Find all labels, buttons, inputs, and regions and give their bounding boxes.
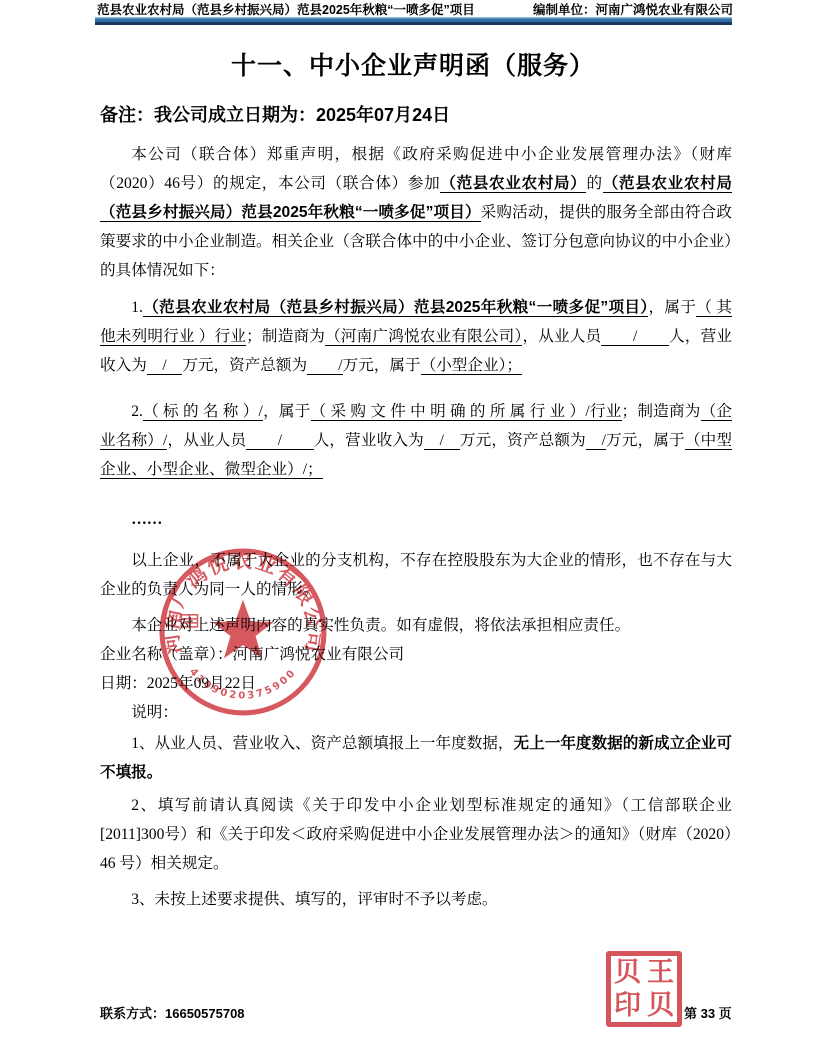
item1-assets-blank: /: [307, 357, 343, 375]
intro-text-2: 的: [586, 175, 602, 192]
responsibility-paragraph: 本企业对上述声明内容的真实性负责。如有虚假，将依法承担相应责任。: [100, 611, 732, 640]
header-compiling-unit: 编制单位：河南广鸿悦农业有限公司: [533, 3, 733, 17]
personal-square-seal: 贝 王 印 贝: [606, 951, 682, 1027]
header-rule: [95, 17, 732, 25]
document-body: 本公司（联合体）郑重声明，根据《政府采购促进中小企业发展管理办法》（财库（202…: [100, 140, 732, 914]
item2-revenue-blank: /: [424, 432, 460, 450]
note-2: 2、填写前请认真阅读《关于印发中小企业划型标准规定的通知》（工信部联企业[201…: [100, 791, 732, 878]
note-3: 3、未按上述要求提供、填写的，评审时不予以考虑。: [100, 885, 732, 914]
header-project-title: 范县农业农村局（范县乡村振兴局）范县2025年秋粮“一喷多促”项目: [97, 3, 475, 17]
item1-target-name: （范县农业农村局（范县乡村振兴局）范县2025年秋粮“一喷多促”项目）: [143, 299, 649, 317]
item1-revenue-blank: /: [147, 357, 183, 375]
no-big-enterprise-paragraph: 以上企业，不属于大企业的分支机构，不存在控股股东为大企业的情形，也不存在与大企业…: [100, 546, 732, 604]
remark-line: 备注：我公司成立日期为：2025年07月24日: [100, 101, 450, 127]
intro-paragraph: 本公司（联合体）郑重声明，根据《政府采购促进中小企业发展管理办法》（财库（202…: [100, 140, 732, 285]
footer-contact: 联系方式：16650575708: [100, 1003, 245, 1022]
notes-heading: 说明：: [100, 698, 732, 727]
page-title: 十一、中小企业声明函（服务）: [95, 46, 731, 82]
item2-number: 2.: [131, 403, 143, 420]
ellipsis-line: ……: [100, 505, 732, 534]
purchaser-name: （范县农业农村局）: [440, 175, 586, 193]
item1-paragraph: 1.（范县农业农村局（范县乡村振兴局）范县2025年秋粮“一喷多促”项目），属于…: [100, 293, 732, 380]
date-line: 日期：2025年09月22日: [100, 669, 732, 698]
item2-assets-blank: /: [586, 432, 606, 450]
seal-char-bottom-right: 贝: [644, 989, 677, 1022]
company-signature-line: 企业名称（盖章）：河南广鸿悦农业有限公司: [100, 640, 732, 669]
item1-enterprise-type: （小型企业）；: [421, 357, 522, 375]
item2-paragraph: 2.（ 标 的 名 称 ）/，属于（ 采 购 文 件 中 明 确 的 所 属 行…: [100, 397, 732, 484]
seal-char-top-right: 王: [644, 956, 677, 989]
item1-employees-blank: /: [601, 328, 669, 346]
item2-employees-blank: /: [246, 432, 313, 450]
item2-target-name: （ 标 的 名 称 ）/: [143, 403, 263, 421]
note-1: 1、从业人员、营业收入、资产总额填报上一年度数据，无上一年度数据的新成立企业可不…: [100, 729, 732, 787]
document-page: 范县农业农村局（范县乡村振兴局）范县2025年秋粮“一喷多促”项目 编制单位：河…: [0, 0, 826, 1050]
seal-char-bottom-left: 印: [611, 989, 644, 1022]
item1-number: 1.: [131, 299, 143, 316]
item2-industry: （ 采 购 文 件 中 明 确 的 所 属 行 业 ）/行业: [311, 403, 622, 421]
note-1-text: 1、从业人员、营业收入、资产总额填报上一年度数据，: [131, 735, 513, 752]
seal-char-top-left: 贝: [611, 956, 644, 989]
item1-manufacturer: （河南广鸿悦农业有限公司）: [325, 328, 522, 346]
footer-page-number: 第 33 页: [684, 1003, 732, 1022]
page-header: 范县农业农村局（范县乡村振兴局）范县2025年秋粮“一喷多促”项目 编制单位：河…: [97, 3, 733, 17]
